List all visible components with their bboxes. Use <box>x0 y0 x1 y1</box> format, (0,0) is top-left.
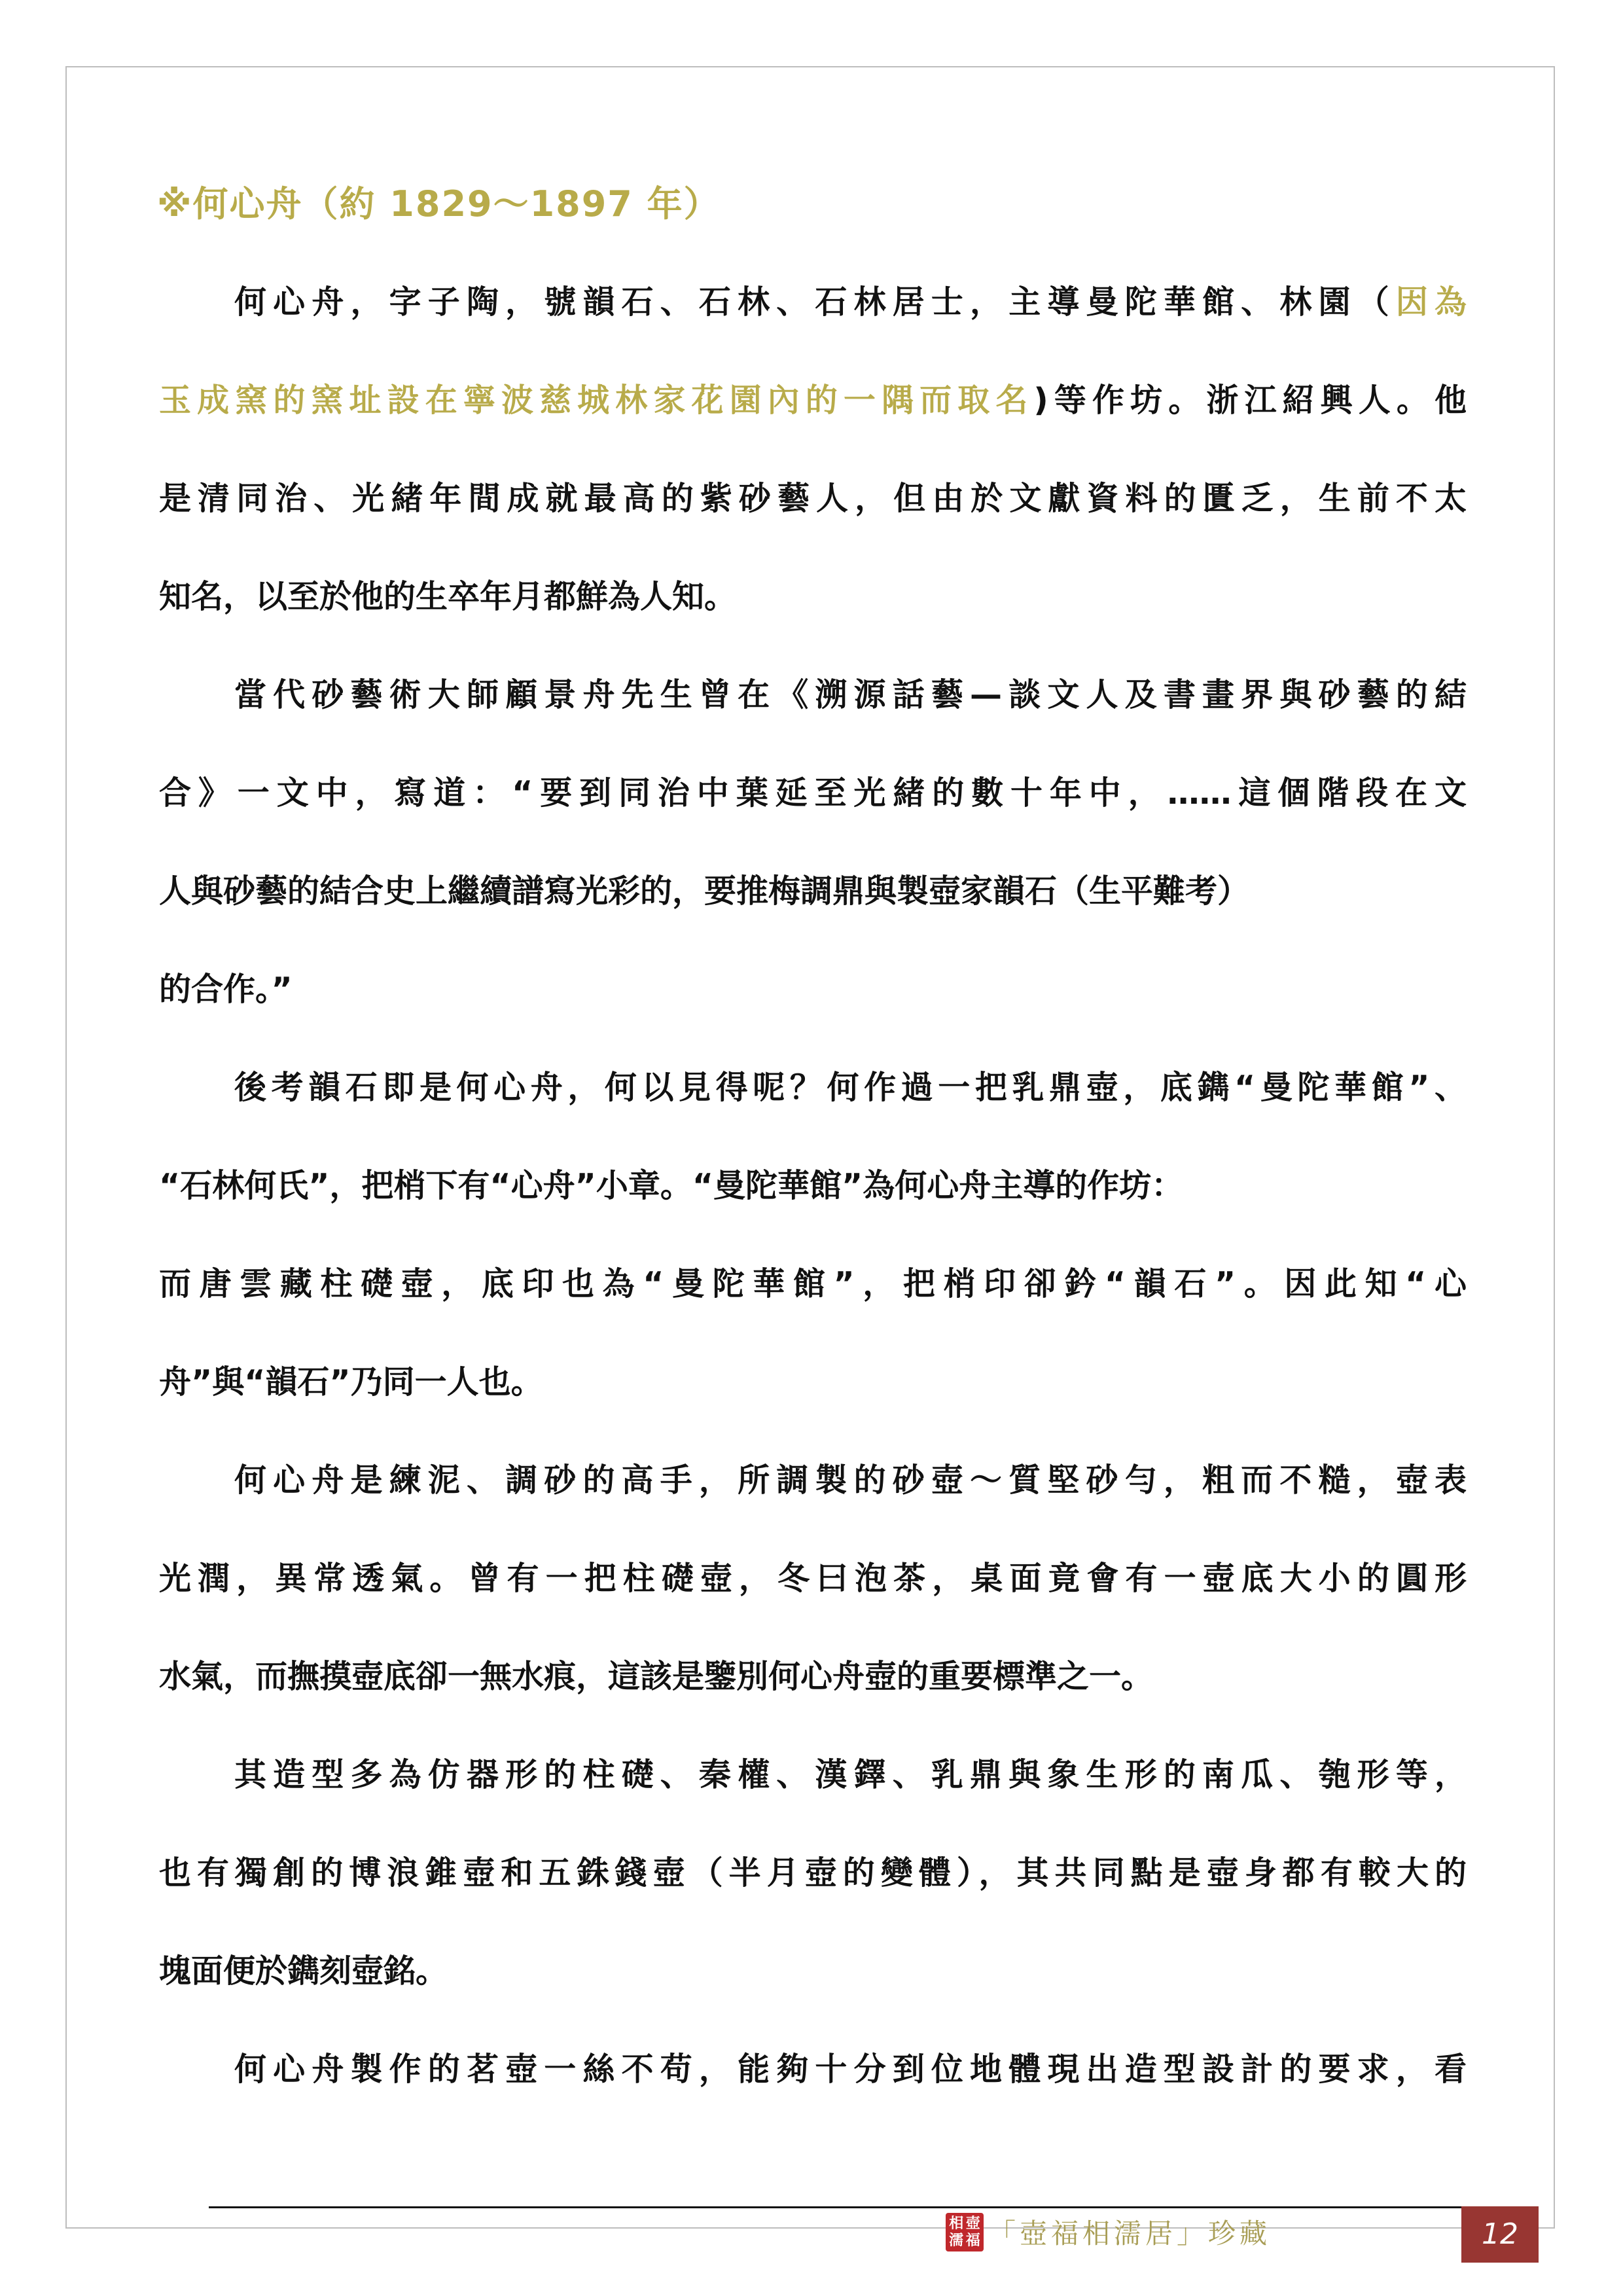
body-line: 後考韻石即是何心舟，何以見得呢？何作過一把乳鼎壺，底鐫“曼陀華館”、 <box>159 1055 1467 1153</box>
highlighted-text: 玉成窯的窯址設在寧波慈城林家花園內的一隅而取名 <box>159 382 1033 419</box>
body-text-segment: 何心舟製作的茗壺一絲不苟，能夠十分到位地體現出造型設計的要求，看 <box>234 2051 1467 2088</box>
body-text-segment: 水氣，而撫摸壺底卻一無水痕，這該是鑒別何心舟壺的重要標準之一。 <box>159 1658 1153 1695</box>
seal-char: 相 <box>948 2215 965 2232</box>
body-text-segment: 光潤，異常透氣。曾有一把柱礎壺，冬曰泡茶，桌面竟會有一壺底大小的圓形 <box>159 1560 1467 1597</box>
body-line: 而唐雲藏柱礎壺，底印也為“曼陀華館”，把梢印卻鈐“韻石”。因此知“心 <box>159 1251 1467 1350</box>
seal-char: 福 <box>965 2233 982 2249</box>
body-text-segment: )等作坊。浙江紹興人。他 <box>1033 382 1467 419</box>
body-line: 塊面便於鐫刻壺銘。 <box>159 1939 1467 2037</box>
body-text-segment: 的合作。” <box>159 971 293 1008</box>
body-text-segment: 合》一文中，寫道：“要到同治中葉延至光緒的數十年中，……這個階段在文 <box>159 774 1467 812</box>
body-line: 知名，以至於他的生卒年月都鮮為人知。 <box>159 564 1467 662</box>
footer-divider <box>209 2206 1461 2208</box>
body-text-segment: 其造型多為仿器形的柱礎、秦權、漢鐸、乳鼎與象生形的南瓜、匏形等， <box>234 1756 1467 1793</box>
footer-collection-label: 「壺福相濡居」珍藏 <box>988 2214 1271 2253</box>
body-line: 舟”與“韻石”乃同一人也。 <box>159 1350 1467 1448</box>
body-line: 是清同治、光緒年間成就最高的紫砂藝人，但由於文獻資料的匱乏，生前不太 <box>159 466 1467 564</box>
body-text-segment: 當代砂藝術大師顧景舟先生曾在《溯源話藝—談文人及書畫界與砂藝的結 <box>234 676 1467 713</box>
body-text-segment: 後考韻石即是何心舟，何以見得呢？何作過一把乳鼎壺，底鐫“曼陀華館”、 <box>234 1069 1467 1106</box>
body-text-segment: 也有獨創的博浪錐壺和五銖錢壺（半月壺的變體），其共同點是壺身都有較大的 <box>159 1854 1467 1892</box>
highlighted-text: 因為 <box>1396 283 1467 321</box>
body-text-segment: 知名，以至於他的生卒年月都鮮為人知。 <box>159 578 736 615</box>
body-line: 人與砂藝的結合史上繼續譜寫光彩的，要推梅調鼎與製壺家韻石（生平難考） <box>159 859 1467 957</box>
body-line: 玉成窯的窯址設在寧波慈城林家花園內的一隅而取名)等作坊。浙江紹興人。他 <box>159 368 1467 466</box>
body-line: 何心舟製作的茗壺一絲不苟，能夠十分到位地體現出造型設計的要求，看 <box>159 2037 1467 2135</box>
body-text-segment: 何心舟是練泥、調砂的高手，所調製的砂壺～質堅砂勻，粗而不糙，壺表 <box>234 1462 1467 1499</box>
body-text-segment: 而唐雲藏柱礎壺，底印也為“曼陀華館”，把梢印卻鈐“韻石”。因此知“心 <box>159 1265 1467 1302</box>
body-line: “石林何氏”，把梢下有“心舟”小章。“曼陀華館”為何心舟主導的作坊： <box>159 1153 1467 1251</box>
body-text-segment: 是清同治、光緒年間成就最高的紫砂藝人，但由於文獻資料的匱乏，生前不太 <box>159 480 1467 517</box>
body-line: 何心舟是練泥、調砂的高手，所調製的砂壺～質堅砂勻，粗而不糙，壺表 <box>159 1448 1467 1546</box>
seal-char: 壺 <box>965 2215 982 2232</box>
body-line: 何心舟，字子陶，號韻石、石林、石林居士，主導曼陀華館、林園（因為 <box>159 270 1467 368</box>
section-title: ※何心舟（約 1829～1897 年） <box>157 178 721 230</box>
body-line: 其造型多為仿器形的柱礎、秦權、漢鐸、乳鼎與象生形的南瓜、匏形等， <box>159 1742 1467 1840</box>
seal-stamp-icon: 相 壺 濡 福 <box>946 2213 984 2251</box>
body-line: 當代砂藝術大師顧景舟先生曾在《溯源話藝—談文人及書畫界與砂藝的結 <box>159 662 1467 761</box>
body-line: 的合作。” <box>159 957 1467 1055</box>
body-line: 也有獨創的博浪錐壺和五銖錢壺（半月壺的變體），其共同點是壺身都有較大的 <box>159 1840 1467 1939</box>
body-text-segment: 何心舟，字子陶，號韻石、石林、石林居士，主導曼陀華館、林園（ <box>234 283 1396 321</box>
body-text-segment: 舟”與“韻石”乃同一人也。 <box>159 1363 543 1401</box>
body-text-segment: 塊面便於鐫刻壺銘。 <box>159 1952 448 1990</box>
body-text-segment: “石林何氏”，把梢下有“心舟”小章。“曼陀華館”為何心舟主導的作坊： <box>159 1167 1183 1204</box>
article-body: 何心舟，字子陶，號韻石、石林、石林居士，主導曼陀華館、林園（因為玉成窯的窯址設在… <box>159 270 1467 2135</box>
page-number: 12 <box>1461 2206 1539 2263</box>
body-text-segment: 人與砂藝的結合史上繼續譜寫光彩的，要推梅調鼎與製壺家韻石（生平難考） <box>159 872 1249 910</box>
body-line: 合》一文中，寫道：“要到同治中葉延至光緒的數十年中，……這個階段在文 <box>159 761 1467 859</box>
seal-char: 濡 <box>948 2233 965 2249</box>
body-line: 水氣，而撫摸壺底卻一無水痕，這該是鑒別何心舟壺的重要標準之一。 <box>159 1644 1467 1742</box>
body-line: 光潤，異常透氣。曾有一把柱礎壺，冬曰泡茶，桌面竟會有一壺底大小的圓形 <box>159 1546 1467 1644</box>
